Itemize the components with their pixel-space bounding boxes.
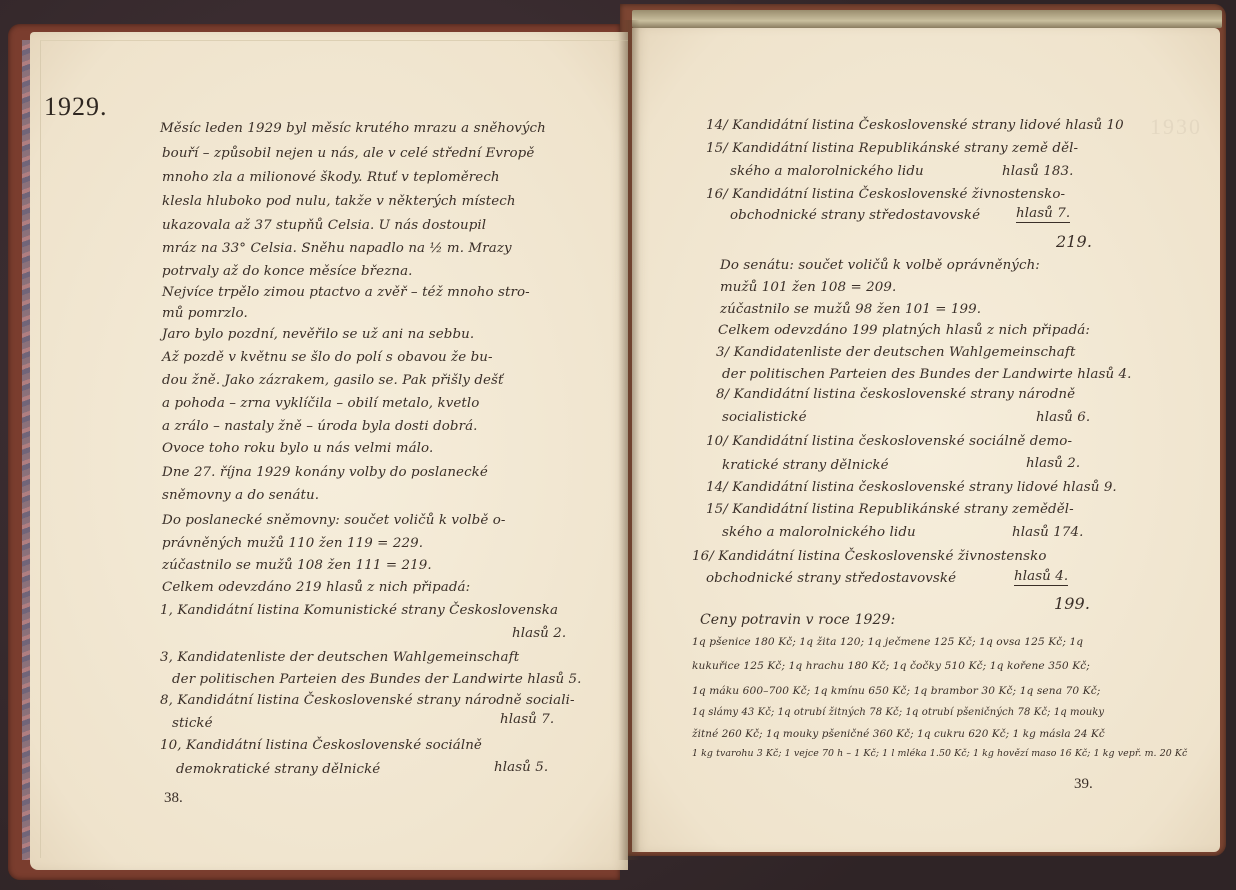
vote-count: hlasů 2. [1026, 456, 1080, 471]
result-entry: 14/ Kandidátní listina československé st… [706, 480, 1117, 495]
entry-number: 14/ [706, 118, 728, 133]
entry-text: Kandidátní listina Československé sociál… [186, 738, 482, 753]
text-line: bouří – způsobil nejen u nás, ale v celé… [162, 146, 534, 161]
votes-value: 7. [541, 712, 554, 727]
votes-label: hlasů [1026, 456, 1063, 471]
entry-number: 16/ [706, 187, 728, 202]
text-line: klesla hluboko pod nulu, takže v některý… [162, 194, 516, 209]
votes-value: 2. [553, 626, 566, 641]
text-line: Celkem odevzdáno 219 hlasů z nich připad… [162, 580, 470, 595]
price-line: 1q máku 600–700 Kč; 1q kmínu 650 Kč; 1q … [692, 685, 1100, 697]
result-entry: 8/ Kandidátní listina československé str… [716, 387, 1075, 402]
votes-value: 2. [1067, 456, 1080, 471]
senate-total: 199. [1054, 594, 1090, 613]
entry-text: Kandidatenliste der deutschen Wahlgemein… [177, 650, 519, 665]
entry-text: Kandidátní listina Republikánské strany … [732, 502, 1074, 517]
text-line: Do senátu: součet voličů k volbě oprávně… [720, 258, 1040, 273]
votes-value: 7. [1057, 206, 1070, 221]
text-line: Jaro bylo pozdní, nevěřilo se už ani na … [162, 327, 474, 342]
result-entry: 10, Kandidátní listina Československé so… [160, 738, 482, 753]
result-entry-cont: obchodnické strany středostavovské [706, 571, 956, 586]
page-number-right: 39. [1074, 776, 1093, 793]
entry-text-cont: der politischen Parteien des Bundes der … [722, 367, 1073, 382]
result-entry-cont: kratické strany dělnické [722, 458, 889, 473]
entry-number: 16/ [692, 549, 714, 564]
text-line: zúčastnilo se mužů 108 žen 111 = 219. [162, 558, 432, 573]
votes-label: hlasů [1063, 480, 1100, 495]
result-entry-cont: ského a malorolnického lidu [722, 525, 916, 540]
votes-label: hlasů [1012, 525, 1049, 540]
text-line: potrvaly až do konce měsíce března. [162, 264, 413, 279]
book-gutter [618, 20, 640, 860]
vote-count: hlasů 183. [1002, 164, 1073, 179]
result-entry: 8, Kandidátní listina Československé str… [160, 693, 575, 708]
text-line: ukazovala až 37 stupňů Celsia. U nás dos… [162, 218, 486, 233]
vote-count: hlasů 6. [1036, 410, 1090, 425]
text-line: dou žně. Jako zázrakem, gasilo se. Pak p… [162, 373, 504, 388]
vote-count: hlasů 4. [1014, 569, 1068, 586]
result-entry: 15/ Kandidátní listina Republikánské str… [706, 502, 1074, 517]
result-entry: 15/ Kandidátní listina Republikánské str… [706, 141, 1078, 156]
votes-value: 5. [569, 672, 582, 687]
result-entry-cont: socialistické [722, 410, 807, 425]
text-line: a zrálo – nastaly žně – úroda byla dosti… [162, 419, 478, 434]
votes-value: 10 [1107, 118, 1124, 133]
entry-text: Kandidátní listina Komunistické strany Č… [177, 603, 558, 618]
votes-label: hlasů [512, 626, 549, 641]
text-line: právněných mužů 110 žen 119 = 229. [162, 536, 423, 551]
result-entry: 1, Kandidátní listina Komunistické stran… [160, 603, 558, 618]
text-line: Dne 27. října 1929 konány volby do posla… [162, 465, 488, 480]
entry-number: 1, [160, 603, 173, 618]
vote-count: hlasů 7. [1016, 206, 1070, 223]
page-stack-edge [632, 10, 1222, 28]
entry-number: 14/ [706, 480, 728, 495]
text-line: Do poslanecké sněmovny: součet voličů k … [162, 513, 505, 528]
votes-value: 5. [535, 760, 548, 775]
votes-label: hlasů [1016, 206, 1053, 221]
votes-label: hlasů [500, 712, 537, 727]
result-entry: 14/ Kandidátní listina Československé st… [706, 118, 1124, 133]
year-heading: 1929. [44, 92, 108, 122]
votes-label: hlasů [1002, 164, 1039, 179]
votes-label: hlasů [1014, 569, 1051, 584]
entry-number: 3, [160, 650, 173, 665]
text-line: mů pomrzlo. [162, 306, 248, 321]
vote-count: hlasů 5. [494, 760, 548, 775]
result-entry: 16/ Kandidátní listina Československé ži… [692, 549, 1047, 564]
result-entry: 10/ Kandidátní listina československé so… [706, 434, 1072, 449]
entry-number: 10/ [706, 434, 728, 449]
entry-number: 15/ [706, 502, 728, 517]
text-line: mnoho zla a milionové škody. Rtuť v tepl… [162, 170, 500, 185]
entry-number: 3/ [716, 345, 729, 360]
votes-label: hlasů [527, 672, 564, 687]
votes-label: hlasů [1065, 118, 1102, 133]
faint-year-stamp: 1930 [1150, 114, 1202, 140]
result-entry: 3/ Kandidatenliste der deutschen Wahlgem… [716, 345, 1075, 360]
entry-number: 8, [160, 693, 173, 708]
vote-count: hlasů 2. [512, 626, 566, 641]
result-entry-cont: der politischen Parteien des Bundes der … [722, 367, 1132, 382]
text-line: Až pozdě v květnu se šlo do polí s obavo… [162, 350, 493, 365]
entry-text-cont: der politischen Parteien des Bundes der … [172, 672, 523, 687]
entry-text: Kandidátní listina Československé živnos… [732, 187, 1065, 202]
result-entry: 16/ Kandidátní listina Československé ži… [706, 187, 1065, 202]
votes-value: 6. [1077, 410, 1090, 425]
text-line: Celkem odevzdáno 199 platných hlasů z ni… [718, 323, 1090, 338]
vote-count: hlasů 7. [500, 712, 554, 727]
price-line: žitné 260 Kč; 1q mouky pšeničné 360 Kč; … [692, 728, 1105, 740]
entry-text: Kandidatenliste der deutschen Wahlgemein… [734, 345, 1076, 360]
result-entry-cont: ského a malorolnického lidu [730, 164, 924, 179]
entry-text: Kandidátní listina Československé strany… [177, 693, 574, 708]
text-line: zúčastnilo se mužů 98 žen 101 = 199. [720, 302, 981, 317]
votes-value: 174. [1053, 525, 1083, 540]
entry-number: 10, [160, 738, 182, 753]
entry-number: 8/ [716, 387, 729, 402]
entry-text: Kandidátní listina československé strany… [734, 387, 1076, 402]
text-line: Měsíc leden 1929 byl měsíc krutého mrazu… [160, 121, 546, 136]
price-line: kukuřice 125 Kč; 1q hrachu 180 Kč; 1q čo… [692, 660, 1090, 672]
entry-number: 15/ [706, 141, 728, 156]
votes-value: 4. [1055, 569, 1068, 584]
votes-value: 183. [1043, 164, 1073, 179]
page-number-left: 38. [164, 790, 183, 807]
text-line: mužů 101 žen 108 = 209. [720, 280, 896, 295]
text-line: mráz na 33° Celsia. Sněhu napadlo na ½ m… [162, 241, 512, 256]
entry-text: Kandidátní listina Československé strany… [732, 118, 1061, 133]
result-entry-cont: stické [172, 716, 213, 731]
result-entry: 3, Kandidatenliste der deutschen Wahlgem… [160, 650, 519, 665]
votes-value: 4. [1119, 367, 1132, 382]
result-entry-cont: demokratické strany dělnické [176, 762, 380, 777]
price-line: 1 kg tvarohu 3 Kč; 1 vejce 70 h – 1 Kč; … [692, 748, 1187, 759]
price-line: 1q slámy 43 Kč; 1q otrubí žitných 78 Kč;… [692, 707, 1104, 718]
votes-label: hlasů [1077, 367, 1114, 382]
text-line: Ovoce toho roku bylo u nás velmi málo. [162, 441, 433, 456]
text-line: a pohoda – zrna vyklíčila – obilí metalo… [162, 396, 479, 411]
votes-label: hlasů [494, 760, 531, 775]
votes-label: hlasů [1036, 410, 1073, 425]
result-entry-cont: der politischen Parteien des Bundes der … [172, 672, 582, 687]
prices-heading: Ceny potravin v roce 1929: [700, 612, 895, 628]
entry-text: Kandidátní listina československé sociál… [732, 434, 1072, 449]
price-line: 1q pšenice 180 Kč; 1q žita 120; 1q ječme… [692, 636, 1083, 648]
vote-count: hlasů 174. [1012, 525, 1083, 540]
entry-text: Kandidátní listina československé strany… [732, 480, 1058, 495]
text-line: Nejvíce trpělo zimou ptactvo a zvěř – té… [162, 285, 530, 300]
votes-value: 9. [1104, 480, 1117, 495]
entry-text: Kandidátní listina Československé živnos… [718, 549, 1046, 564]
chamber-total: 219. [1056, 232, 1092, 251]
entry-text: Kandidátní listina Republikánské strany … [732, 141, 1078, 156]
text-line: sněmovny a do senátu. [162, 488, 319, 503]
result-entry-cont: obchodnické strany středostavovské [730, 208, 980, 223]
